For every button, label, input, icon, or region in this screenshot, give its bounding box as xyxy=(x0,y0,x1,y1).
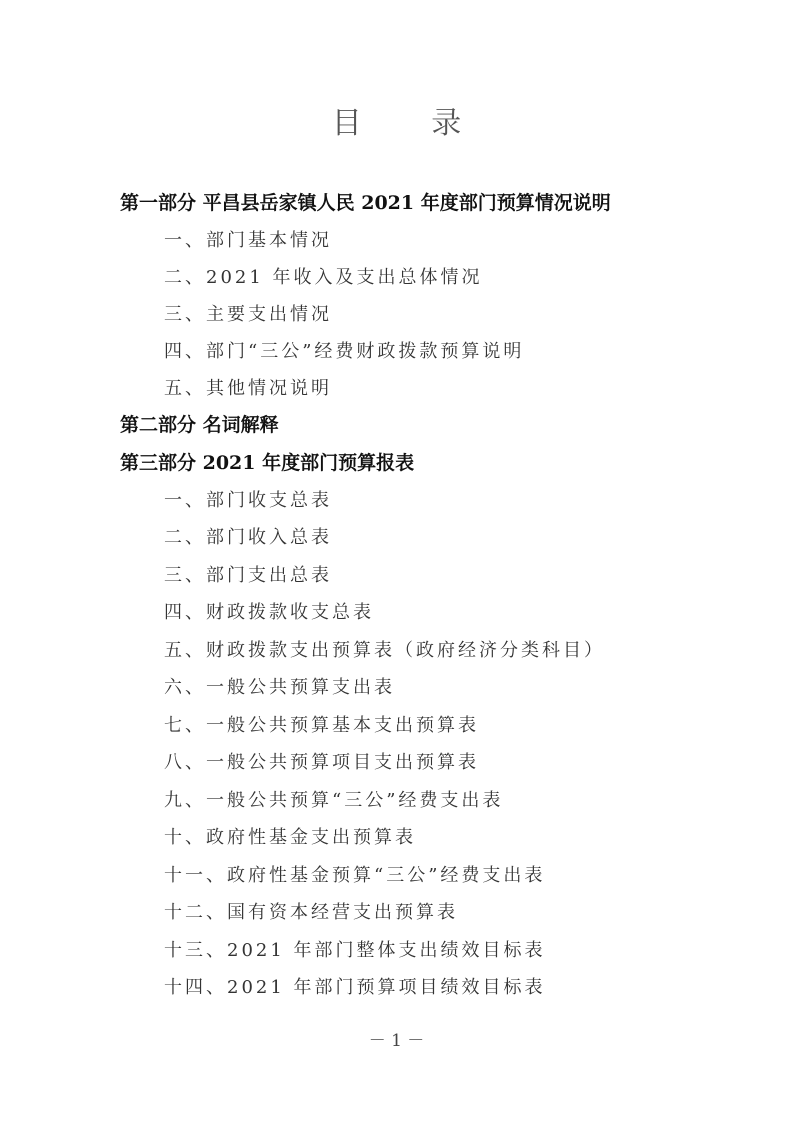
toc-item: 二、部门收入总表 xyxy=(164,523,332,549)
toc-item: 四、财政拨款收支总表 xyxy=(164,598,374,624)
page-title: 目 录 xyxy=(0,98,793,142)
part-3-heading: 第三部分 2021 年度部门预算报表 xyxy=(120,448,414,475)
toc-item: 十三、2021 年部门整体支出绩效目标表 xyxy=(164,936,546,962)
toc-item: 十一、政府性基金预算“三公”经费支出表 xyxy=(164,861,545,887)
toc-item: 六、一般公共预算支出表 xyxy=(164,673,395,699)
toc-item: 九、一般公共预算“三公”经费支出表 xyxy=(164,786,503,812)
part-1-heading: 第一部分 平昌县岳家镇人民 2021 年度部门预算情况说明 xyxy=(120,188,611,215)
page-number: － 1 － xyxy=(0,1026,793,1051)
toc-item: 三、主要支出情况 xyxy=(164,300,332,326)
toc-item: 三、部门支出总表 xyxy=(164,561,332,587)
toc-item: 四、部门“三公”经费财政拨款预算说明 xyxy=(164,337,524,363)
toc-item: 十二、国有资本经营支出预算表 xyxy=(164,898,458,924)
part-2-heading: 第二部分 名词解释 xyxy=(120,410,279,437)
toc-item: 七、一般公共预算基本支出预算表 xyxy=(164,711,479,737)
toc-item: 十四、2021 年部门预算项目绩效目标表 xyxy=(164,973,546,999)
toc-item: 五、财政拨款支出预算表（政府经济分类科目） xyxy=(164,636,605,662)
toc-item: 二、2021 年收入及支出总体情况 xyxy=(164,263,483,289)
toc-item: 十、政府性基金支出预算表 xyxy=(164,823,416,849)
toc-item: 一、部门基本情况 xyxy=(164,226,332,252)
toc-item: 八、一般公共预算项目支出预算表 xyxy=(164,748,479,774)
toc-item: 五、其他情况说明 xyxy=(164,374,332,400)
toc-item: 一、部门收支总表 xyxy=(164,486,332,512)
